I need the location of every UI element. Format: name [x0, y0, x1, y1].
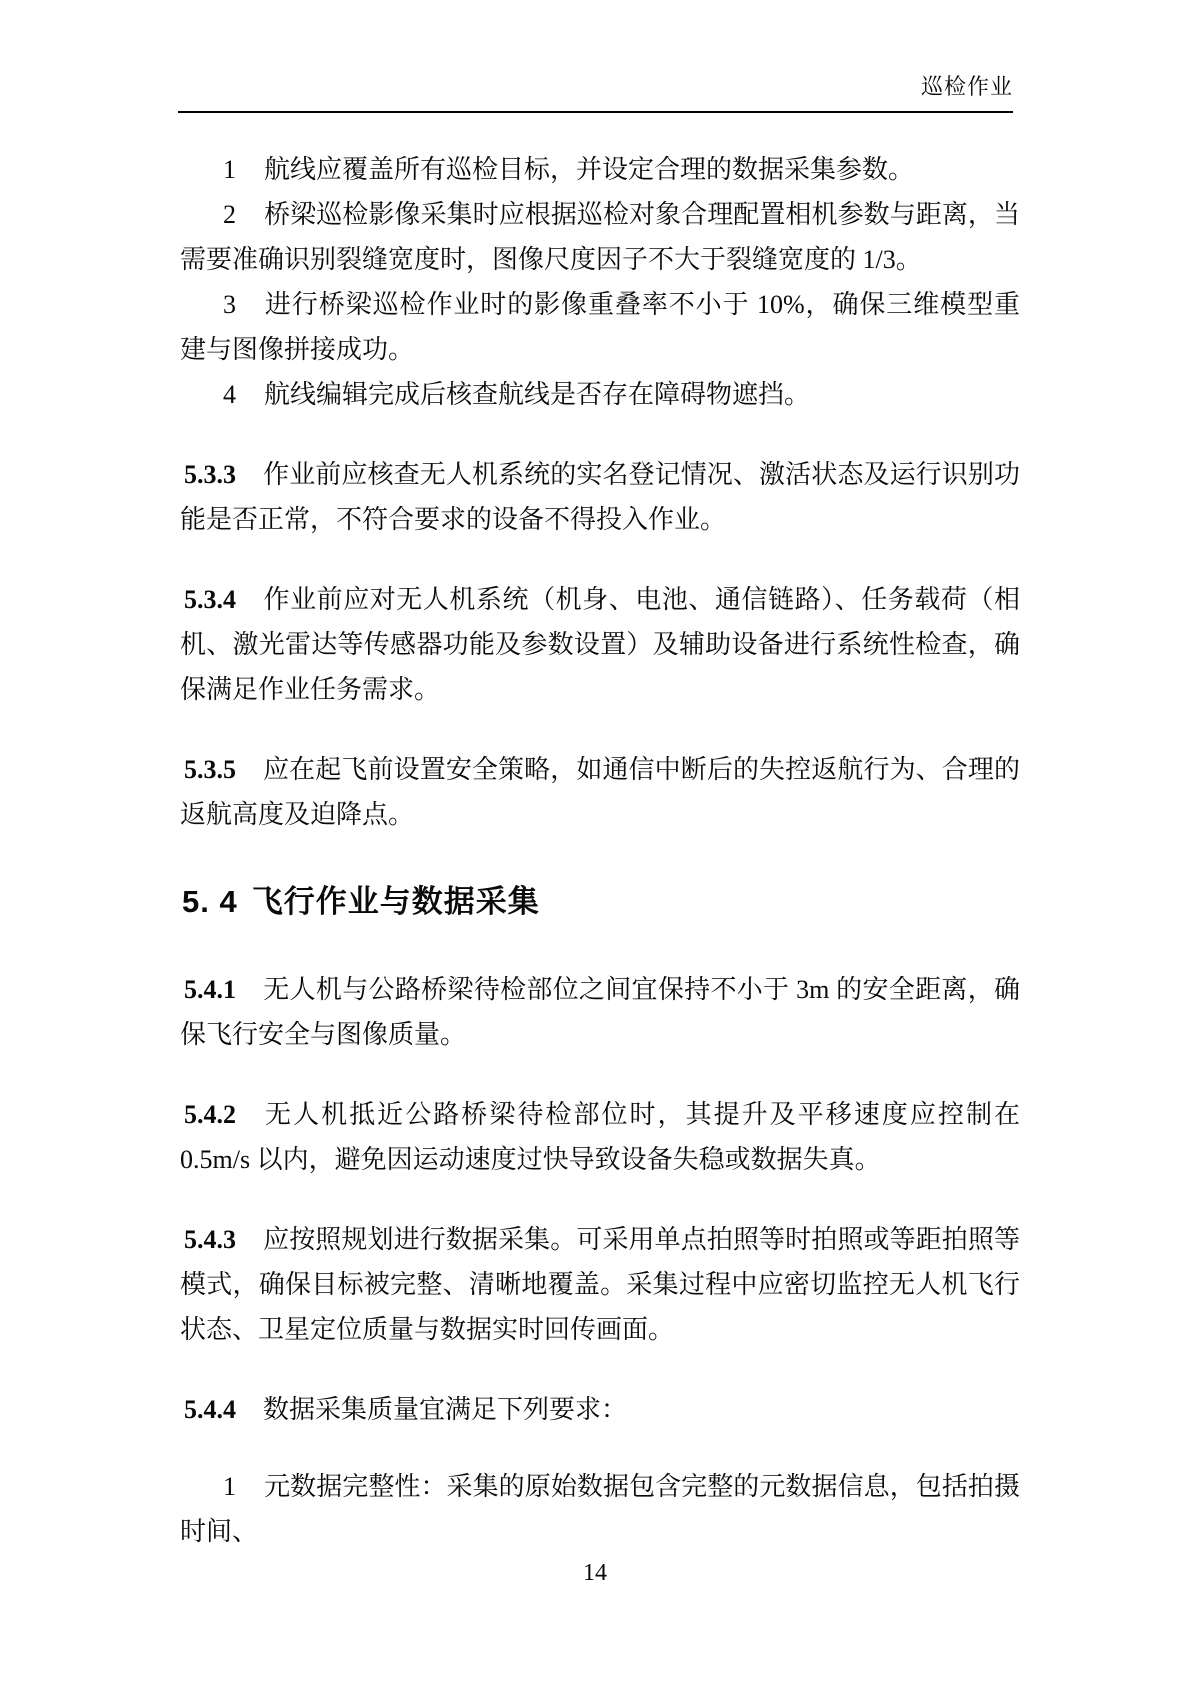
list-item-number: 3	[223, 290, 236, 319]
page-number: 14	[0, 1558, 1190, 1588]
list-item: 4航线编辑完成后核查航线是否存在障碍物遮挡。	[180, 372, 1020, 417]
list-item-text: 航线应覆盖所有巡检目标，并设定合理的数据采集参数。	[264, 155, 914, 184]
clause-paragraph: 5.3.5应在起飞前设置安全策略，如通信中断后的失控返航行为、合理的返航高度及迫…	[180, 747, 1020, 837]
list-item-text: 进行桥梁巡检作业时的影像重叠率不小于 10%，确保三维模型重建与图像拼接成功。	[180, 290, 1020, 364]
clause-number: 5.3.5	[184, 755, 236, 784]
clause-number: 5.4.4	[184, 1395, 236, 1424]
clause-paragraph: 5.4.2无人机抵近公路桥梁待检部位时，其提升及平移速度应控制在 0.5m/s …	[180, 1092, 1020, 1182]
list-item-number: 1	[223, 1472, 236, 1501]
clause-paragraph: 5.3.4作业前应对无人机系统（机身、电池、通信链路）、任务载荷（相机、激光雷达…	[180, 577, 1020, 712]
clause-number: 5.4.2	[184, 1100, 236, 1129]
clause-text: 无人机抵近公路桥梁待检部位时，其提升及平移速度应控制在 0.5m/s 以内，避免…	[180, 1100, 1020, 1174]
list-item: 1元数据完整性：采集的原始数据包含完整的元数据信息，包括拍摄时间、	[180, 1464, 1020, 1554]
list-item-text: 航线编辑完成后核查航线是否存在障碍物遮挡。	[264, 380, 810, 409]
list-item: 2桥梁巡检影像采集时应根据巡检对象合理配置相机参数与距离，当需要准确识别裂缝宽度…	[180, 192, 1020, 282]
clause-number: 5.3.3	[184, 460, 236, 489]
clause-paragraph: 5.4.4数据采集质量宜满足下列要求：	[180, 1387, 1020, 1432]
clause-paragraph: 5.4.1无人机与公路桥梁待检部位之间宜保持不小于 3m 的安全距离，确保飞行安…	[180, 967, 1020, 1057]
clause-paragraph: 5.3.3作业前应核查无人机系统的实名登记情况、激活状态及运行识别功能是否正常，…	[180, 452, 1020, 542]
section-heading-title: 飞行作业与数据采集	[252, 884, 540, 919]
list-item: 3进行桥梁巡检作业时的影像重叠率不小于 10%，确保三维模型重建与图像拼接成功。	[180, 282, 1020, 372]
clause-paragraph: 5.4.3应按照规划进行数据采集。可采用单点拍照等时拍照或等距拍照等模式，确保目…	[180, 1217, 1020, 1352]
document-page: 巡检作业 1航线应覆盖所有巡检目标，并设定合理的数据采集参数。 2桥梁巡检影像采…	[0, 0, 1190, 1683]
running-header-title: 巡检作业	[921, 74, 1013, 99]
clause-text: 作业前应核查无人机系统的实名登记情况、激活状态及运行识别功能是否正常，不符合要求…	[180, 460, 1020, 534]
clause-text: 无人机与公路桥梁待检部位之间宜保持不小于 3m 的安全距离，确保飞行安全与图像质…	[180, 975, 1020, 1049]
clause-text: 数据采集质量宜满足下列要求：	[263, 1395, 627, 1424]
list-item: 1航线应覆盖所有巡检目标，并设定合理的数据采集参数。	[180, 147, 1020, 192]
list-item-text: 桥梁巡检影像采集时应根据巡检对象合理配置相机参数与距离，当需要准确识别裂缝宽度时…	[180, 200, 1020, 274]
clause-text: 应在起飞前设置安全策略，如通信中断后的失控返航行为、合理的返航高度及迫降点。	[180, 755, 1020, 829]
section-heading-number: 5. 4	[182, 884, 238, 919]
running-header: 巡检作业	[178, 74, 1013, 113]
clause-number: 5.4.3	[184, 1225, 236, 1254]
clause-text: 作业前应对无人机系统（机身、电池、通信链路）、任务载荷（相机、激光雷达等传感器功…	[180, 585, 1020, 704]
list-item-number: 2	[223, 200, 236, 229]
page-content: 1航线应覆盖所有巡检目标，并设定合理的数据采集参数。 2桥梁巡检影像采集时应根据…	[180, 147, 1020, 1554]
clause-number: 5.3.4	[184, 585, 236, 614]
list-item-number: 1	[223, 155, 236, 184]
list-item-number: 4	[223, 380, 236, 409]
section-heading: 5. 4飞行作业与数据采集	[180, 877, 1020, 927]
clause-number: 5.4.1	[184, 975, 236, 1004]
clause-text: 应按照规划进行数据采集。可采用单点拍照等时拍照或等距拍照等模式，确保目标被完整、…	[180, 1225, 1020, 1344]
list-item-text: 元数据完整性：采集的原始数据包含完整的元数据信息，包括拍摄时间、	[180, 1472, 1020, 1546]
